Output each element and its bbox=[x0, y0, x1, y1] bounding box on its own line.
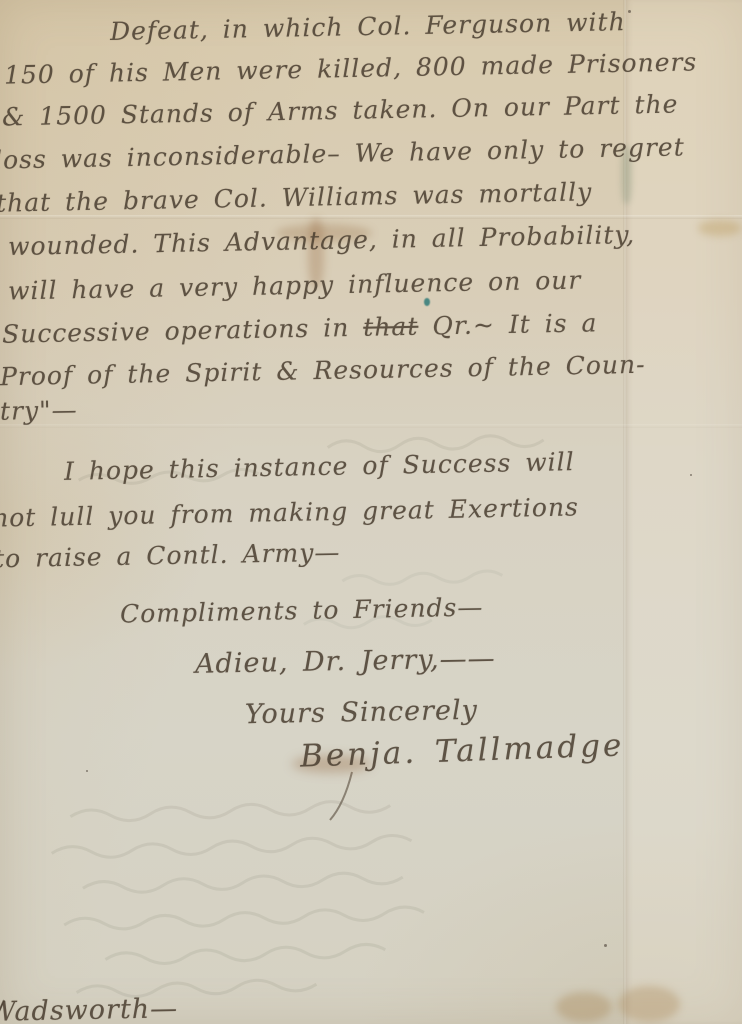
manuscript-line: I hope this instance of Success will bbox=[64, 447, 575, 486]
manuscript-line: & 1500 Stands of Arms taken. On our Part… bbox=[2, 90, 679, 132]
manuscript-line: to raise a Contl. Army— bbox=[0, 538, 341, 574]
ink-dot-teal bbox=[424, 298, 430, 306]
manuscript-line: 150 of his Men were killed, 800 made Pri… bbox=[4, 47, 698, 89]
manuscript-line: Yours Sincerely bbox=[245, 695, 478, 730]
manuscript-line: that the brave Col. Williams was mortall… bbox=[0, 177, 592, 217]
paper-speck bbox=[690, 474, 692, 476]
manuscript-line: Successive operations in that Qr.~ It is… bbox=[2, 308, 598, 348]
manuscript-line: will have a very happy influence on our bbox=[8, 265, 582, 305]
manuscript-line: loss was inconsiderable– We have only to… bbox=[0, 132, 685, 174]
manuscript-line: Proof of the Spirit & Resources of the C… bbox=[0, 350, 646, 391]
manuscript-text: Successive operations in bbox=[2, 313, 364, 349]
manuscript-line: not lull you from making great Exertions bbox=[0, 492, 579, 532]
paper-stain bbox=[556, 992, 612, 1022]
fold-crease-horizontal-lower bbox=[0, 424, 742, 428]
fold-crease-horizontal-upper bbox=[0, 215, 742, 219]
address-fragment: Wadsworth— bbox=[0, 993, 178, 1024]
manuscript-line: Defeat, in which Col. Ferguson with bbox=[110, 7, 626, 46]
paper-speck bbox=[604, 944, 607, 947]
paper-speck bbox=[628, 10, 631, 13]
paper-speck bbox=[86, 770, 88, 772]
manuscript-line: try"— bbox=[0, 395, 78, 425]
signature: Benja. Tallmadge bbox=[299, 727, 624, 774]
struck-word: that bbox=[363, 312, 419, 342]
manuscript-text: Qr.~ It is a bbox=[418, 308, 598, 340]
manuscript-line: Compliments to Friends— bbox=[120, 593, 484, 629]
manuscript-line: wounded. This Advantage, in all Probabil… bbox=[8, 220, 636, 261]
letter-page: Defeat, in which Col. Ferguson with 150 … bbox=[0, 0, 742, 1024]
signature-flourish bbox=[330, 772, 352, 820]
manuscript-line: Adieu, Dr. Jerry,—— bbox=[195, 643, 496, 680]
